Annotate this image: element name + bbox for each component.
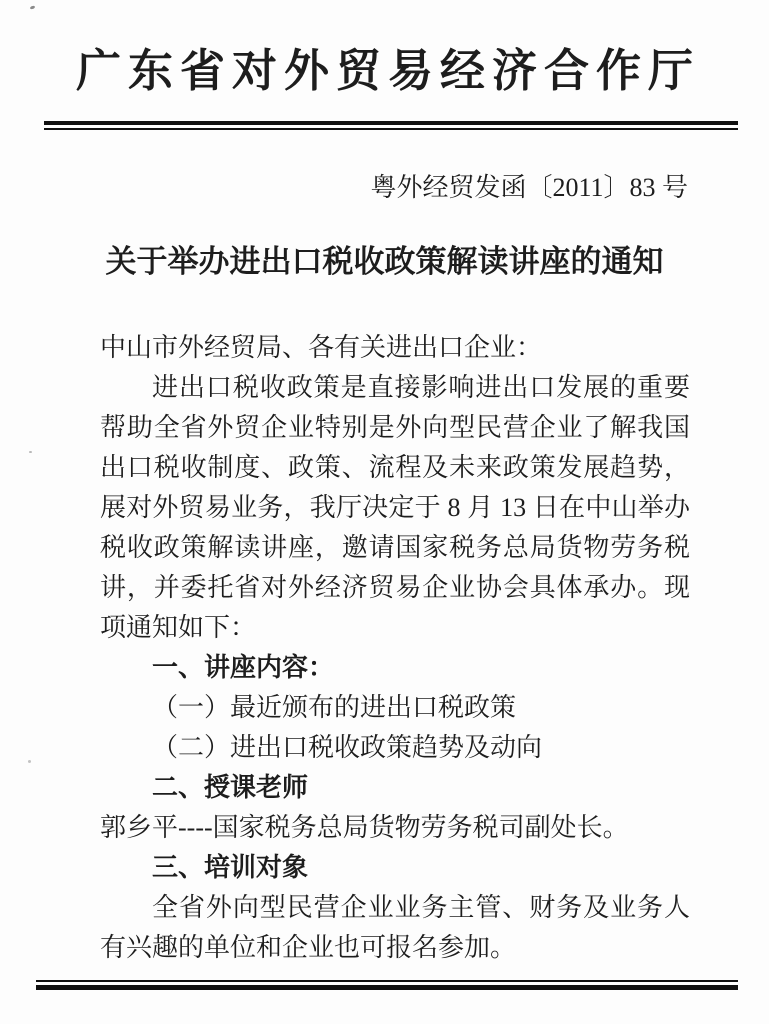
header-rule-thick bbox=[44, 121, 738, 125]
footer-rule-thin bbox=[36, 980, 738, 982]
footer-rule-thick bbox=[36, 985, 738, 990]
body-line: 一、讲座内容： bbox=[100, 648, 690, 688]
body-line: 进出口税收政策是直接影响进出口发展的重要因素。为 bbox=[100, 368, 690, 408]
scan-artifact bbox=[30, 5, 36, 10]
body-line: 税收政策解读讲座，邀请国家税务总局货物劳务税司处长主 bbox=[100, 528, 690, 568]
body-line: 帮助全省外贸企业特别是外向型民营企业了解我国现行进 bbox=[100, 408, 690, 448]
body-line: 三、培训对象 bbox=[100, 848, 690, 888]
document-number: 粤外经贸发函〔2011〕83 号 bbox=[100, 170, 688, 206]
body-line: （二）进出口税收政策趋势及动向 bbox=[100, 728, 690, 768]
notice-title: 关于举办进出口税收政策解读讲座的通知 bbox=[0, 240, 769, 284]
body-line: 二、授课老师 bbox=[100, 768, 690, 808]
header-rule-thin bbox=[44, 128, 738, 130]
body-line: 全省外向型民营企业业务主管、财务及业务人员，其他 bbox=[100, 888, 690, 928]
body-line: 中山市外经贸局、各有关进出口企业： bbox=[100, 328, 690, 368]
document-page: 广东省对外贸易经济合作厅 粤外经贸发函〔2011〕83 号 关于举办进出口税收政… bbox=[0, 0, 769, 1024]
body-line: 项通知如下： bbox=[100, 608, 690, 648]
body-line: （一）最近颁布的进出口税政策 bbox=[100, 688, 690, 728]
scan-artifact bbox=[29, 451, 32, 453]
body-line: 展对外贸易业务，我厅决定于 8 月 13 日在中山举办进出口 bbox=[100, 488, 690, 528]
body-text: 中山市外经贸局、各有关进出口企业：进出口税收政策是直接影响进出口发展的重要因素。… bbox=[100, 328, 690, 968]
body-line: 有兴趣的单位和企业也可报名参加。 bbox=[100, 928, 690, 968]
body-line: 郭乡平----国家税务总局货物劳务税司副处长。 bbox=[100, 808, 690, 848]
letterhead-title: 广东省对外贸易经济合作厅 bbox=[0, 42, 769, 100]
scan-artifact bbox=[28, 760, 31, 763]
body-line: 出口税收制度、政策、流程及未来政策发展趋势，更好的开 bbox=[100, 448, 690, 488]
body-line: 讲，并委托省对外经济贸易企业协会具体承办。现将有关事 bbox=[100, 568, 690, 608]
